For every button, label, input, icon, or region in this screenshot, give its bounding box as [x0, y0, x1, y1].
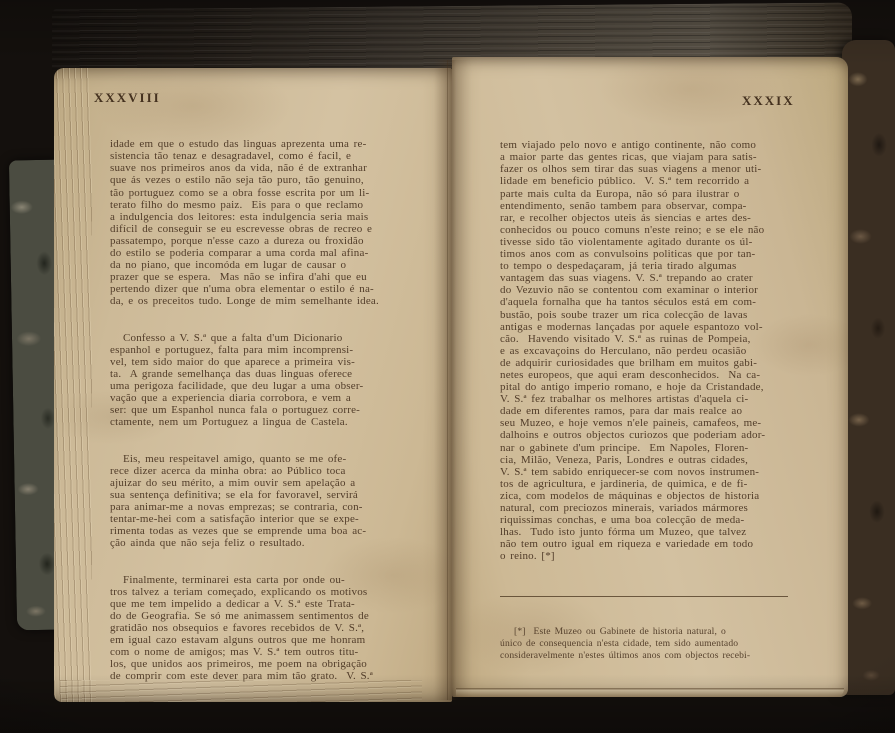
left-page-paragraph-2: Confesso a V. S.ª que a falta d'um Dicio… — [110, 332, 434, 429]
left-page-paragraph-3: Eis, meu respeitavel amigo, quanto se me… — [110, 453, 434, 550]
right-page-text: tem viajado pelo novo e antigo continent… — [500, 115, 792, 686]
right-page-number: XXXIX — [742, 93, 795, 109]
left-page: XXXVIII idade em que o estudo das lingua… — [54, 68, 452, 702]
right-page: XXXIX tem viajado pelo novo e antigo con… — [452, 57, 848, 697]
book-gutter-crease — [434, 60, 472, 700]
left-page-paragraph-4: Finalmente, terminarei esta carta por on… — [110, 574, 434, 683]
right-page-paragraph-1: tem viajado pelo novo e antigo continent… — [500, 139, 792, 562]
right-cover-marbled-edge — [842, 40, 895, 695]
book-photo: XXXVIII idade em que o estudo das lingua… — [0, 0, 895, 733]
footnote-text: [*] Este Muzeo ou Gabinete de historia n… — [500, 626, 792, 662]
left-page-text: idade em que o estudo das linguas apreze… — [110, 114, 434, 707]
left-page-paragraph-1: idade em que o estudo das linguas apreze… — [110, 138, 434, 307]
left-page-number: XXXVIII — [94, 90, 161, 106]
footnote-separator-rule — [500, 596, 788, 597]
